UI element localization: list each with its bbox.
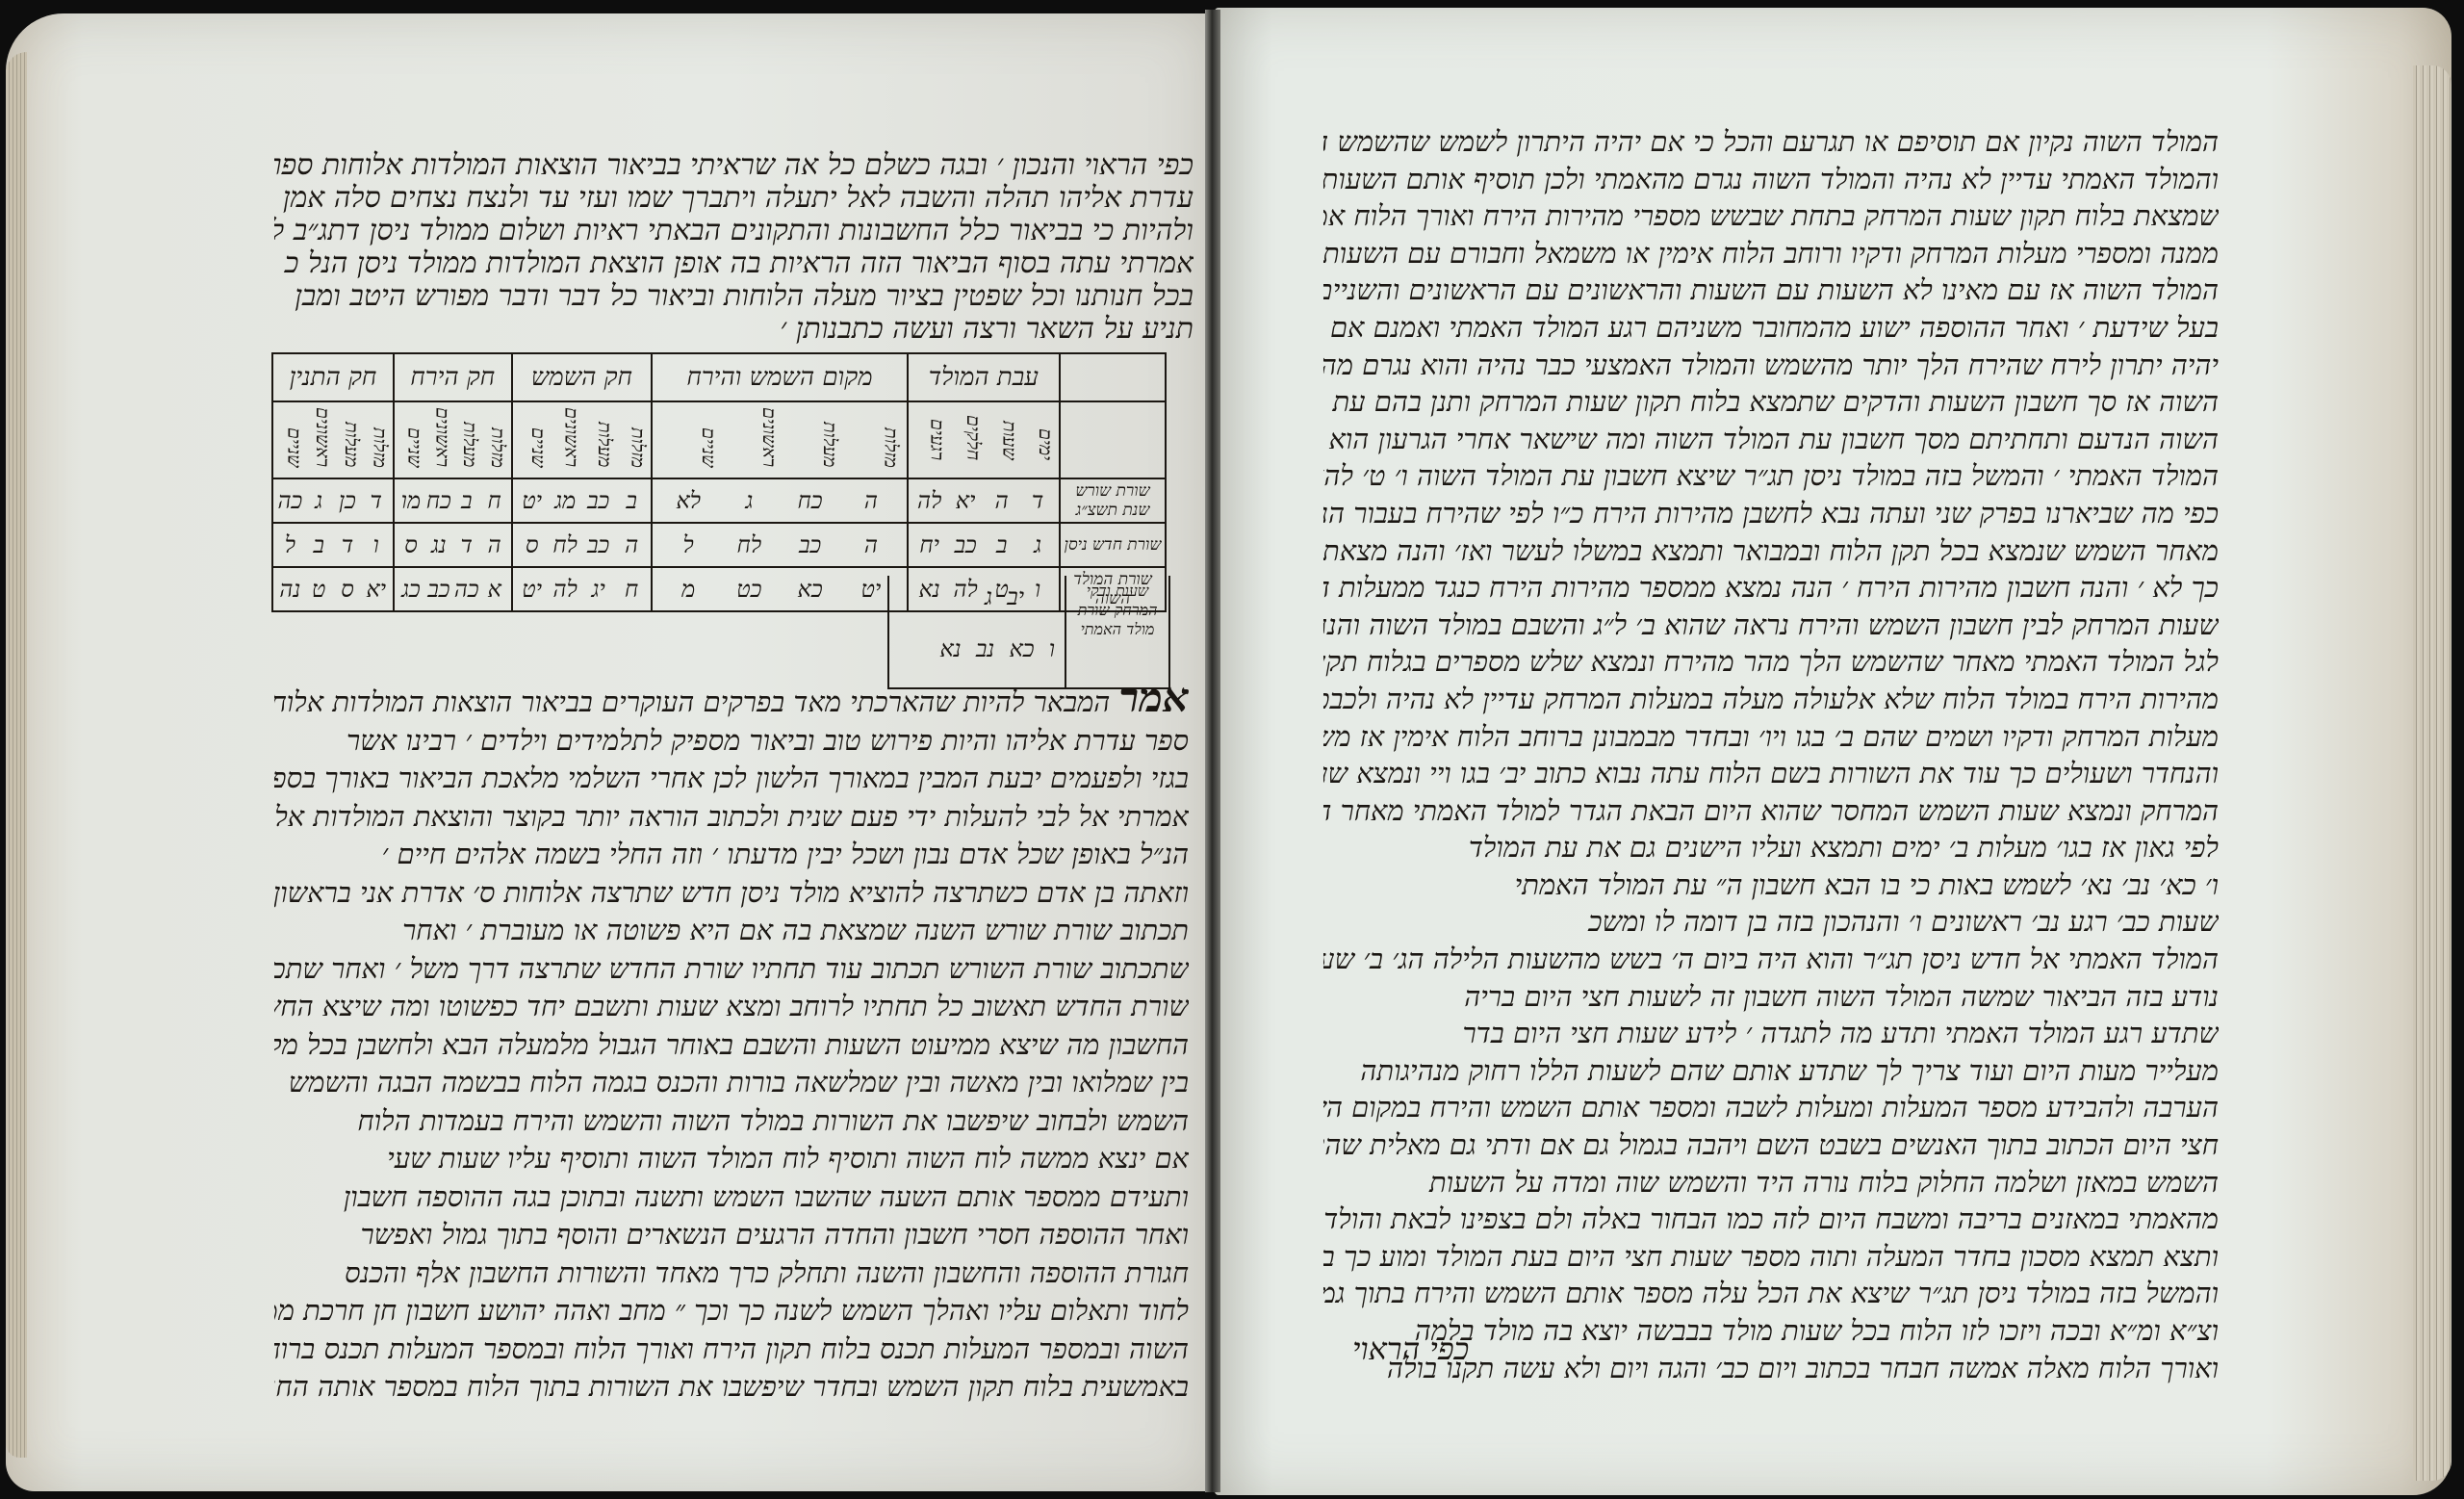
text-line: בכל חנותנו וכל שפטין בציור מעלה הלוחות ו…	[274, 280, 1193, 313]
table-cell: חבכחמו	[394, 478, 512, 523]
text-line: הנ״ל באופן שכל אדם נבון ושכל יבין מדעתו …	[274, 836, 1189, 874]
text-line: מהאמתי במאזנים בריבה ומשבח היום לזה כמו …	[1323, 1201, 2219, 1238]
unit-headers: ימיםשעותחלקיםרגעים	[908, 401, 1060, 478]
text-line: המולד השוה נקיון אם תוסיפם או תגרעם והכל…	[1323, 123, 2219, 161]
text-line: ספר עדרת אליהו והיות פירוש טוב וביאור מס…	[274, 722, 1189, 761]
text-line: השוה ובמספר המעלות תכנס בלוח תקון הירח ו…	[274, 1331, 1189, 1369]
text-line: והנחדר ושעולים כך עוד את השורות בשם הלוח…	[1323, 755, 2219, 792]
text-line: וזאתה בן אדם כשתרצה להוציא מולד ניסן חדש…	[274, 874, 1189, 913]
table-cell: דהיאלה	[908, 478, 1060, 523]
text-line: ולהיות כי בביאור כלל החשבונות והתקונים ה…	[274, 215, 1193, 247]
text-line: באמשעית בלוח תקון השמש ובחדר שיפשבו את ה…	[274, 1368, 1189, 1407]
true-molad-values: ו כא נב נא	[939, 635, 1055, 663]
text-line: השמש במאזן ושלמה החלוק בלוח נורה היד והש…	[1323, 1164, 2219, 1202]
text-line: ותצא תמצא מסכון בחדר המעלה ותוה מספר שעו…	[1323, 1238, 2219, 1276]
opening-word: אמר	[1119, 679, 1190, 721]
text-line: מעלות המרחק ודקיו ושמים שהם ב׳ בגו ויו׳ …	[1323, 718, 2219, 756]
book-gutter	[1205, 10, 1220, 1492]
left-page-top-text: כפי הראוי והנכון ׳ ובגה כשלם כל אה שראית…	[274, 149, 1193, 346]
text-line: המולד האמתי ׳ והמשל בזה במולד ניסן תג״ר …	[1323, 457, 2219, 495]
table-cell: ודבל	[272, 523, 394, 567]
distance-hours-values: יב ג	[985, 583, 1024, 611]
text-line: השמש ולבחוב שיפשבו את השורות במולד השוה …	[274, 1102, 1189, 1141]
text-line: בגזי ולפעמים יבעת המבין במאורך הלשון לכן…	[274, 760, 1189, 798]
left-page-edge	[6, 52, 27, 1458]
text-line: כפי מה שביארנו בפרק שני ועתה נבא לחשבן מ…	[1323, 495, 2219, 532]
column-header: חק הירח	[394, 353, 512, 401]
text-line: לגל המולד האמתי מאחר שהשמש הלך מהר מהירח…	[1323, 643, 2219, 681]
text-line: השוה אז סך חשבון השעות והדקים שתמצא בלוח…	[1323, 383, 2219, 421]
text-line: מאחר השמש שנמצא בכל תקן הלוח ובמבואר ותמ…	[1323, 532, 2219, 570]
text-line: שורת החדש תאשוב כל תחתיו לרוחב ומצא שעות…	[274, 988, 1189, 1026]
table-corner	[1060, 353, 1166, 401]
fore-edge-leaves	[2413, 65, 2451, 1481]
text-line: בעל שידעת ׳ ואחר ההוספה ישוע מהמחובר משנ…	[1323, 309, 2219, 347]
table-cell: הכבלחל	[652, 523, 908, 567]
table-cell: דכןגכה	[272, 478, 394, 523]
column-header: עבת המולד	[908, 353, 1060, 401]
row-label: שורת חדש ניסן	[1060, 523, 1166, 567]
text-line: תכתוב שורת שורש השנה שמצאת בה אם היא פשו…	[274, 912, 1189, 950]
text-line: והמשל בזה במולד ניסן תג״ר שיצא את הכל על…	[1323, 1275, 2219, 1312]
table-cell: הדנגס	[394, 523, 512, 567]
row-label: שעות ודקי המרחק שורת מולד האמתי	[1065, 576, 1168, 687]
text-line: תניע על השאר ורצה ועשה כתבנותן ׳	[274, 313, 1193, 346]
text-line: ותעידם ממספר אותם השעה שהשבו השמש ותשנה …	[274, 1178, 1189, 1217]
text-line: אמר המבאר להיות שהארכתי מאד בפרקים העוקר…	[274, 679, 1189, 722]
text-line: עדרת אליהו תהלה והשבה לאל יתעלה ויתברך ש…	[274, 182, 1193, 215]
left-page-body-text: אמר המבאר להיות שהארכתי מאד בפרקים העוקר…	[274, 679, 1189, 1407]
text-line: המרחק ונמצא שעות השמש המחסר שהוא היום הב…	[1323, 792, 2219, 830]
text-line: חגורת ההוספה והחשבון והשנה ותחלק כרך מאח…	[274, 1254, 1189, 1293]
table-cell: יאסטנה	[272, 567, 394, 611]
text-line: חצי היום הכתוב בתוך האנשים בשבט השם ויהב…	[1323, 1126, 2219, 1164]
table-cell: הכחגלא	[652, 478, 908, 523]
text-line: ממנה ומספרי מעלות המרחק ודקיו ורוחב הלוח…	[1323, 235, 2219, 272]
text-line: יהיה יתרון לירח שהירח הלך יותר מהשמש והמ…	[1323, 347, 2219, 384]
table-cell: יטכאכטמ	[652, 567, 908, 611]
unit-headers: מזלותמעלותראשוניםשניים	[394, 401, 512, 478]
unit-headers: מזלותמעלותראשוניםשניים	[652, 401, 908, 478]
text-line: המולד השוה אז עם מאינו לא השעות עם השעות…	[1323, 271, 2219, 309]
text-line: ואחר ההוספה חסרי חשבון והחדה הרגעים הנשא…	[274, 1216, 1189, 1254]
text-line: המולד האמתי אל חדש ניסן תג״ר והוא היה בי…	[1323, 941, 2219, 978]
text-line: מעלייר מעות היום ועוד צריך לך שתדע אותם …	[1323, 1052, 2219, 1090]
table-cell: גבכביח	[908, 523, 1060, 567]
column-header: חק השמש	[512, 353, 653, 401]
column-header: חק התנין	[272, 353, 394, 401]
row-label-empty	[1060, 401, 1166, 478]
text-line: לפי גאון אז בגו׳ מעלות ב׳ ימים ותמצא ועל…	[1323, 829, 2219, 866]
text-line: והמולד האמתי עדיין לא נהיה והמולד השוה נ…	[1323, 161, 2219, 198]
text-line: ו׳ כא׳ נב׳ נא׳ לשמש באות כי בו הבא חשבון…	[1323, 866, 2219, 904]
table-cell: הכבלחס	[512, 523, 653, 567]
text-line: שעות כב׳ רגע נב׳ ראשונים ו׳ והנהכון בזה …	[1323, 903, 2219, 941]
table-cell: אכהכבכג	[394, 567, 512, 611]
text-line: לחוד ותאלום עליו ואהלך השמש לשנה כך וכך …	[274, 1292, 1189, 1331]
text-line: החשבון מה שיצא ממיעוט השעות והשבם באוחר …	[274, 1026, 1189, 1065]
unit-headers: מזלותמעלותראשוניםשניים	[272, 401, 394, 478]
text-line: שתדע רגע המולד האמתי ותדע מה לתגדה ׳ ליד…	[1323, 1015, 2219, 1052]
text-line: שעות המרחק לבין חשבון השמש והירח נראה שה…	[1323, 607, 2219, 644]
text-line: בין שמלואו ובין מאשה ובין שמלשאה בורות ו…	[274, 1064, 1189, 1102]
molad-calculation-table: עבת המולד מקום השמש והירח חק השמש חק היר…	[271, 352, 1167, 680]
text-line: אם ינצא ממשה לוח השוה ותוסיף לוח המולד ה…	[274, 1140, 1189, 1178]
text-line: הערבה ולהבידע מספר המעלות ומעלות לשבה ומ…	[1323, 1089, 2219, 1126]
text-line: מהירות הירח במולד הלוח שלא אלעולה מעלה ב…	[1323, 681, 2219, 718]
table-cell: בכבמגיט	[512, 478, 653, 523]
column-header: מקום השמש והירח	[652, 353, 908, 401]
text-line: השוה הנדעם ותחתיתם מסך חשבון עת המולד הש…	[1323, 421, 2219, 458]
text-line: אמרתי עתה בסוף הביאור הזה הראיות בה אופן…	[274, 247, 1193, 280]
catchword: כפי הראוי	[1352, 1331, 1469, 1367]
text-line: כך לא ׳ והנה חשבון מהירות הירח ׳ הנה נמצ…	[1323, 569, 2219, 607]
text-line: כפי הראוי והנכון ׳ ובגה כשלם כל אה שראית…	[274, 149, 1193, 182]
table-cell: חיגלהיט	[512, 567, 653, 611]
unit-headers: מזלותמעלותראשוניםשניים	[512, 401, 653, 478]
text-line: נודע בזה הביאור שמשה המולד השוה חשבון זה…	[1323, 978, 2219, 1016]
text-line: אמרתי אל לבי להעלות ידי פעם שנית ולכתוב …	[274, 798, 1189, 837]
row-label: שורת שורש שנת תשצ״ג	[1060, 478, 1166, 523]
text-line: שתכתוב שורת השורש תכתוב עוד תחתיו שורת ה…	[274, 950, 1189, 989]
true-molad-box: שעות ודקי המרחק שורת מולד האמתי יב ג ו כ…	[887, 576, 1170, 689]
text-line: שמצאת בלוח תקון שעות המרחק בתחת שבשש מספ…	[1323, 197, 2219, 235]
right-page-body-text: המולד השוה נקיון אם תוסיפם או תגרעם והכל…	[1323, 123, 2219, 1386]
